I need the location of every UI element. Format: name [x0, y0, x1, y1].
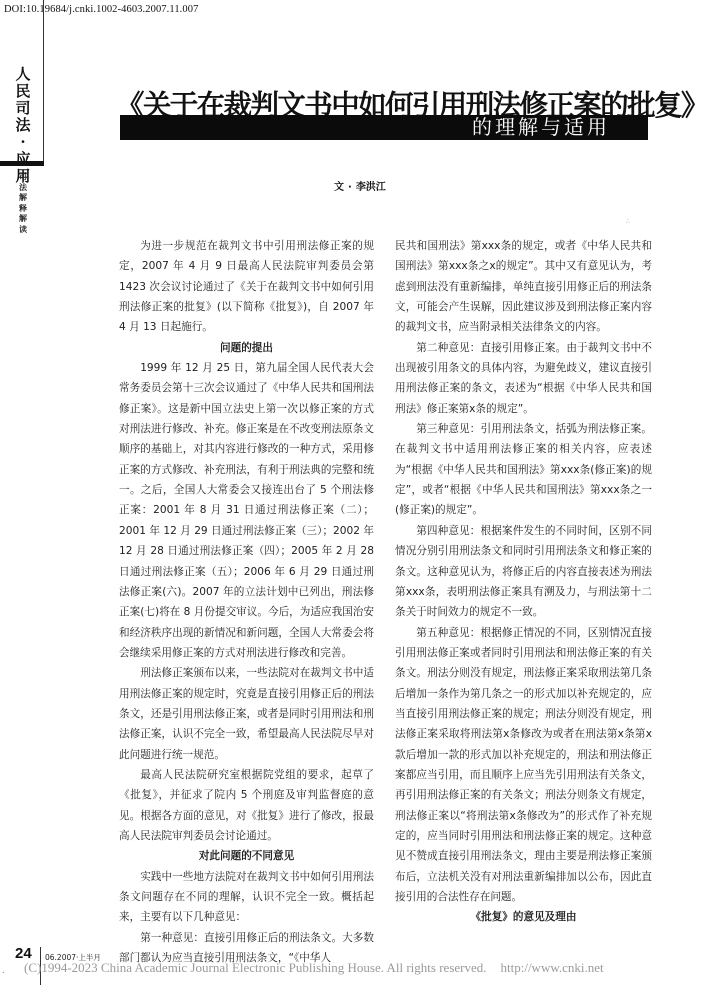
- paragraph: 为进一步规范在裁判文书中引用刑法修正案的规定，2007 年 4 月 9 日最高人…: [119, 236, 374, 338]
- paragraph-continued: 民共和国刑法》第xxx条的规定，或者《中华人民共和国刑法》第xxx条之x的规定”…: [395, 236, 652, 338]
- left-margin-rule: [43, 0, 44, 165]
- section-char: 解: [17, 193, 29, 204]
- paragraph: 第五种意见：根据修正情况的不同，区别情况直接引用刑法修正案或者同时引用刑法和刑法…: [395, 623, 652, 908]
- sidebar-black-bar: [0, 161, 44, 166]
- journal-char: 人: [6, 66, 40, 83]
- section-char: 司: [17, 172, 29, 183]
- journal-char: 司: [6, 100, 40, 117]
- subtitle-bar: 的理解与适用: [120, 115, 648, 140]
- doi-header: DOI:10.19684/j.cnki.1002-4603.2007.11.00…: [4, 4, 198, 15]
- author-line: 文·李洪江: [334, 178, 386, 193]
- copyright-line: (C)1994-2023 China Academic Journal Elec…: [24, 960, 604, 976]
- paragraph: 实践中一些地方法院对在裁判文书中如何引用刑法条文问题存在不同的理解，认识不完全一…: [119, 867, 374, 928]
- paragraph: 第三种意见：引用刑法条文，括弧为刑法修正案。在裁判文书中适用刑法修正案的相关内容…: [395, 419, 652, 521]
- section-char: 法: [17, 183, 29, 194]
- copyright-text: (C)1994-2023 China Academic Journal Elec…: [24, 960, 487, 975]
- author-name: 李洪江: [356, 182, 386, 193]
- journal-char: ·: [6, 134, 40, 151]
- scan-artifact: ∴: [626, 218, 630, 225]
- journal-char: 民: [6, 83, 40, 100]
- author-separator: ·: [348, 182, 352, 193]
- right-column: 民共和国刑法》第xxx条的规定，或者《中华人民共和国刑法》第xxx条之x的规定”…: [395, 236, 652, 928]
- paragraph: 刑法修正案颁布以来，一些法院对在裁判文书中适用刑法修正案的规定时，究竟是直接引用…: [119, 663, 374, 765]
- section-heading: 对此问题的不同意见: [119, 846, 374, 866]
- scan-artifact: .: [2, 966, 5, 975]
- left-column: 为进一步规范在裁判文书中引用刑法修正案的规定，2007 年 4 月 9 日最高人…: [119, 236, 374, 968]
- cnki-link[interactable]: http://www.cnki.net: [501, 960, 604, 975]
- paragraph: 第四种意见：根据案件发生的不同时间，区别不同情况分别引用刑法条文和同时引用刑法条…: [395, 521, 652, 623]
- section-heading: 《批复》的意见及理由: [395, 907, 652, 927]
- article-subtitle: 的理解与适用: [472, 115, 610, 140]
- paragraph: 第二种意见：直接引用修正案。由于裁判文书中不出现被引用条文的具体内容，为避免歧义…: [395, 338, 652, 419]
- section-char: 解: [17, 214, 29, 225]
- author-prefix: 文: [334, 182, 344, 193]
- section-char: 释: [17, 204, 29, 215]
- section-char: 读: [17, 225, 29, 236]
- journal-name-vertical: 人 民 司 法 · 应 用: [6, 66, 40, 185]
- section-name-vertical: 司 法 解 释 解 读: [17, 172, 29, 235]
- paragraph: 1999 年 12 月 25 日，第九届全国人民代表大会常务委员会第十三次会议通…: [119, 358, 374, 663]
- section-heading: 问题的提出: [119, 338, 374, 358]
- journal-char: 法: [6, 117, 40, 134]
- paragraph: 最高人民法院研究室根据院党组的要求，起草了《批复》，并征求了院内 5 个刑庭及审…: [119, 765, 374, 846]
